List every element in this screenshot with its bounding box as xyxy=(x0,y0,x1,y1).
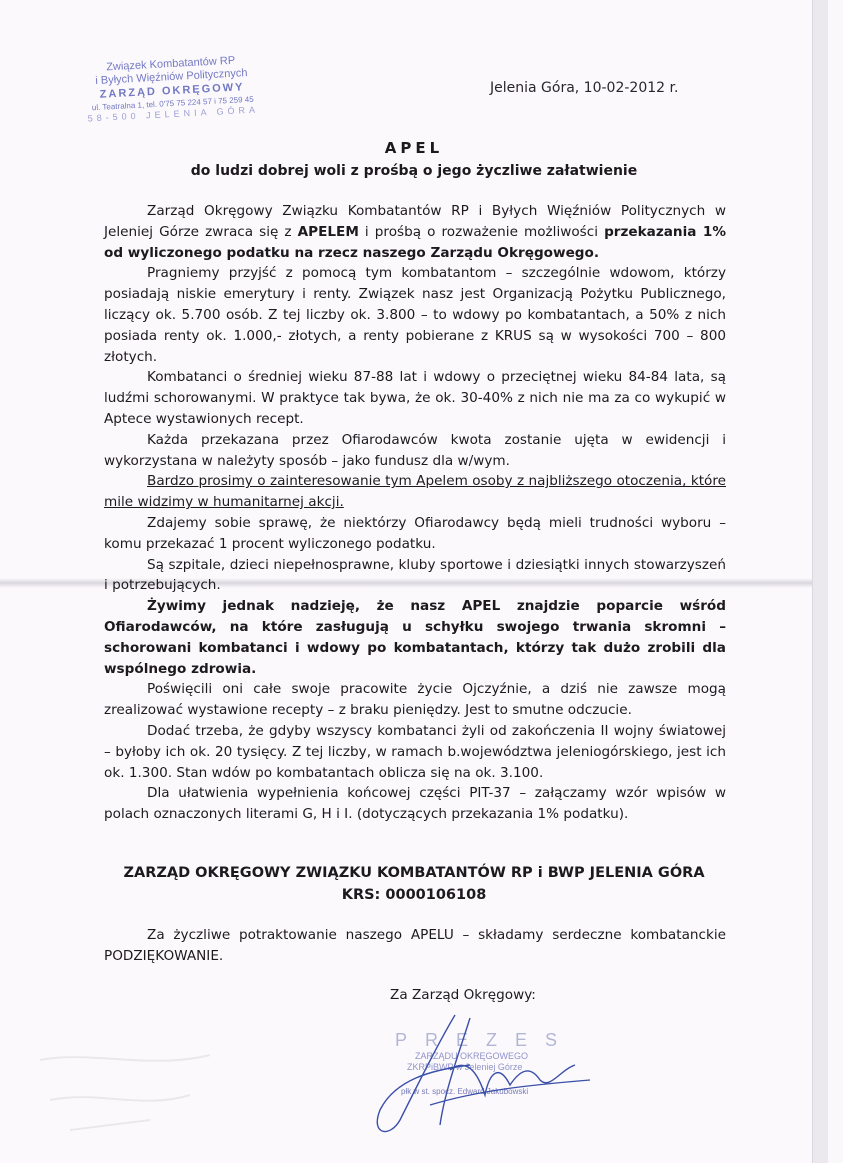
thanks-text: Za życzliwe potraktowanie naszego APELU … xyxy=(104,925,726,967)
document-page: Związek Kombatantów RP i Byłych Więźniów… xyxy=(0,0,828,1163)
paragraph-5-underlined: Bardzo prosimy o zainteresowanie tym Ape… xyxy=(104,471,726,513)
paragraph-9: Poświęcili oni całe swoje pracowite życi… xyxy=(104,679,726,721)
paragraph-1-bold-apelem: APELEM xyxy=(298,224,359,240)
paragraph-10: Dodać trzeba, że gdyby wszyscy kombatanc… xyxy=(104,721,726,783)
paragraph-2: Pragniemy przyjść z pomocą tym kombatant… xyxy=(104,263,726,367)
document-date: Jelenia Góra, 10-02-2012 r. xyxy=(490,80,678,96)
document-body: Zarząd Okręgowy Związku Kombatantów RP i… xyxy=(104,201,726,825)
paragraph-1: Zarząd Okręgowy Związku Kombatantów RP i… xyxy=(104,201,726,263)
paragraph-8-bold: Żywimy jednak nadzieję, że nasz APEL zna… xyxy=(104,596,726,679)
paragraph-11: Dla ułatwienia wypełnienia końcowej częś… xyxy=(104,783,726,825)
paragraph-1-text-c: i prośbą o rozważenie możliwości xyxy=(359,224,604,240)
paragraph-3: Kombatanci o średniej wieku 87-88 lat i … xyxy=(104,367,726,429)
organization-stamp: Związek Kombatantów RP i Byłych Więźniów… xyxy=(71,53,274,124)
paragraph-6: Zdajemy sobie sprawę, że niektórzy Ofiar… xyxy=(104,513,726,555)
document-subtitle: do ludzi dobrej woli z prośbą o jego życ… xyxy=(0,163,828,179)
document-title: APEL xyxy=(0,139,828,157)
paragraph-4: Każda przekazana przez Ofiarodawców kwot… xyxy=(104,430,726,472)
footer-org-name: ZARZĄD OKRĘGOWY ZWIĄZKU KOMBATANTÓW RP i… xyxy=(0,862,828,884)
signature-label: Za Zarząd Okręgowy: xyxy=(390,987,536,1003)
footer-krs: KRS: 0000106108 xyxy=(0,884,828,906)
handwritten-signature xyxy=(360,1010,600,1140)
scan-edge xyxy=(812,0,828,1163)
paragraph-7: Są szpitale, dzieci niepełnosprawne, klu… xyxy=(104,555,726,597)
footer-organization: ZARZĄD OKRĘGOWY ZWIĄZKU KOMBATANTÓW RP i… xyxy=(0,862,828,906)
show-through-marks xyxy=(30,1040,380,1150)
thanks-paragraph: Za życzliwe potraktowanie naszego APELU … xyxy=(104,925,726,967)
